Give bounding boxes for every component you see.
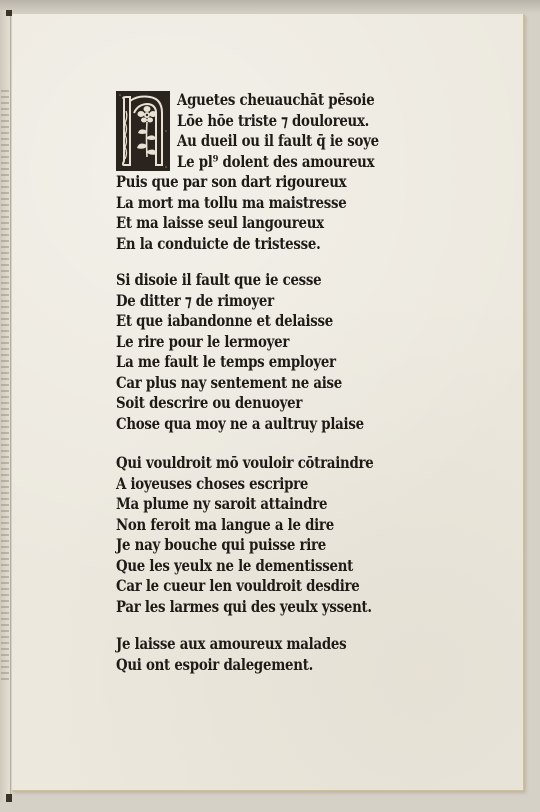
verse-line: Aguetes cheuauchāt pēsoie bbox=[177, 90, 400, 111]
verse-line: Non feroit ma langue a le dire bbox=[116, 515, 391, 536]
verse-line: Qui ont espoir dalegement. bbox=[116, 655, 391, 676]
verse-line: Car le cueur len vouldroit desdire bbox=[116, 576, 391, 597]
verse-line: Qui vouldroit mō vouloir cōtraindre bbox=[116, 453, 391, 474]
verse-line: De ditter ⁊ de rimoyer bbox=[116, 291, 391, 312]
verse-line: Et que iabandonne et delaisse bbox=[116, 311, 391, 332]
verse-line: Puis que par son dart rigoureux bbox=[116, 172, 391, 193]
stanza-4: Je laisse aux amoureux malades Qui ont e… bbox=[116, 634, 436, 675]
verse-line: Ma plume ny saroit attaindre bbox=[116, 494, 391, 515]
verse-line: En la conduicte de tristesse. bbox=[116, 234, 391, 255]
verse-line: Car plus nay sentement ne aise bbox=[116, 373, 391, 394]
verse-line: Que les yeulx ne le dementissent bbox=[116, 556, 391, 577]
verse-line: Je laisse aux amoureux malades bbox=[116, 634, 391, 655]
verse-line: Soit descrire ou denuoyer bbox=[116, 393, 391, 414]
verse-line: Chose qua moy ne a aultruy plaise bbox=[116, 414, 391, 435]
verse-line: Le rire pour le lermoyer bbox=[116, 332, 391, 353]
stanza-2: Si disoie il fault que ie cesse De ditte… bbox=[116, 270, 436, 434]
verse-line: Et ma laisse seul langoureux bbox=[116, 213, 391, 234]
verse-line: Je nay bouche qui puisse rire bbox=[116, 535, 391, 556]
binding-corner-bottom bbox=[6, 794, 12, 802]
facing-page-bleed-through bbox=[1, 90, 9, 680]
stanza-3: Qui vouldroit mō vouloir cōtraindre A io… bbox=[116, 453, 436, 617]
stanza-spacer bbox=[116, 254, 436, 270]
decorated-initial-n bbox=[116, 91, 170, 171]
top-edge-shadow bbox=[0, 0, 540, 14]
verse-line: Lōe hōe triste ⁊ douloreux. bbox=[177, 111, 400, 132]
verse-line: Le pl⁹ dolent des amoureux bbox=[177, 152, 400, 173]
verse-line: La mort ma tollu ma maistresse bbox=[116, 193, 391, 214]
book-page: Aguetes cheuauchāt pēsoie Lōe hōe triste… bbox=[12, 14, 524, 791]
verse-line: Si disoie il fault que ie cesse bbox=[116, 270, 391, 291]
verse-line: A ioyeuses choses escripre bbox=[116, 474, 391, 495]
facing-page-edge bbox=[0, 10, 11, 802]
verse-line: La me fault le temps employer bbox=[116, 352, 391, 373]
verse-line: Par les larmes qui des yeulx yssent. bbox=[116, 597, 391, 618]
floral-initial-icon bbox=[116, 91, 170, 171]
stanza-1: Aguetes cheuauchāt pēsoie Lōe hōe triste… bbox=[116, 90, 436, 254]
verse-line: Au dueil ou il fault q̄ ie soye bbox=[177, 131, 400, 152]
stanza-spacer bbox=[116, 617, 436, 634]
verse-text-block: Aguetes cheuauchāt pēsoie Lōe hōe triste… bbox=[116, 90, 436, 675]
stanza-spacer bbox=[116, 434, 436, 453]
